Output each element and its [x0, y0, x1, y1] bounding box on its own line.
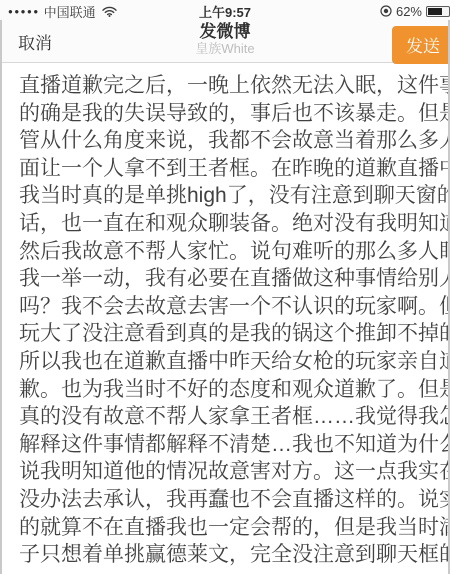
compose-line: 管从什么角度来说，我都不会故意当着那么多人的	[19, 127, 448, 155]
page-title: 发微博	[2, 22, 448, 42]
orientation-lock-icon	[380, 5, 392, 17]
account-name-subtitle: 皇族White	[2, 42, 448, 57]
nav-bar: 取消 发微博 皇族White 发送	[2, 20, 448, 63]
compose-line: 话，也一直在和观众聊装备。绝对没有我明知道，	[19, 210, 448, 238]
compose-line: 所以我也在道歉直播中昨天给女枪的玩家亲自道了	[19, 348, 448, 376]
compose-line: 没办法去承认，我再蠢也不会直播这样的。说实在	[19, 486, 448, 514]
compose-textarea[interactable]: 直播道歉完之后，一晚上依然无法入眠，这件事情的确是我的失误导致的，事后也不该暴走…	[2, 63, 448, 573]
compose-line: 我当时真的是单挑high了，没有注意到聊天窗的	[19, 182, 448, 210]
compose-line: 解释这件事情都解释不清楚…我也不知道为什么要	[19, 431, 448, 459]
compose-line: 直播道歉完之后，一晚上依然无法入眠，这件事情	[19, 72, 448, 100]
battery-icon	[426, 6, 450, 17]
compose-line: 子只想着单挑赢德莱文，完全没注意到聊天框的状	[19, 541, 448, 569]
compose-line: 玩大了没注意看到真的是我的锅这个推卸不掉的，	[19, 320, 448, 348]
compose-line: 吗？我不会去故意去害一个不认识的玩家啊。但是	[19, 293, 448, 321]
send-button[interactable]: 发送	[392, 26, 450, 64]
compose-line: 歉。也为我当时不好的态度和观众道歉了。但是我	[19, 376, 448, 404]
battery-fill	[428, 8, 442, 15]
compose-line: 真的没有故意不帮人家拿王者框……我觉得我怎么	[19, 403, 448, 431]
screen-frame: 取消 发微博 皇族White 发送 直播道歉完之后，一晚上依然无法入眠，这件事情…	[0, 20, 450, 574]
compose-line: 然后我故意不帮人家忙。说句难听的那么多人盯着	[19, 238, 448, 266]
compose-line: 我一举一动，我有必要在直播做这种事情给别人说	[19, 265, 448, 293]
compose-line: 的就算不在直播我也一定会帮的，但是我当时满脑	[19, 514, 448, 542]
status-bar: ●●●●● 中国联通 上午9:57 62%	[0, 0, 450, 20]
compose-line: 说我明知道他的情况故意害对方。这一点我实在是	[19, 458, 448, 486]
battery-percent-label: 62%	[396, 4, 422, 19]
status-right: 62%	[380, 4, 444, 19]
compose-line: 面让一个人拿不到王者框。在昨晚的道歉直播中，	[19, 155, 448, 183]
title-stack: 发微博 皇族White	[2, 22, 448, 56]
compose-line: 的确是我的失误导致的，事后也不该暴走。但是不	[19, 100, 448, 128]
weibo-compose-screen: ●●●●● 中国联通 上午9:57 62%	[0, 0, 450, 574]
